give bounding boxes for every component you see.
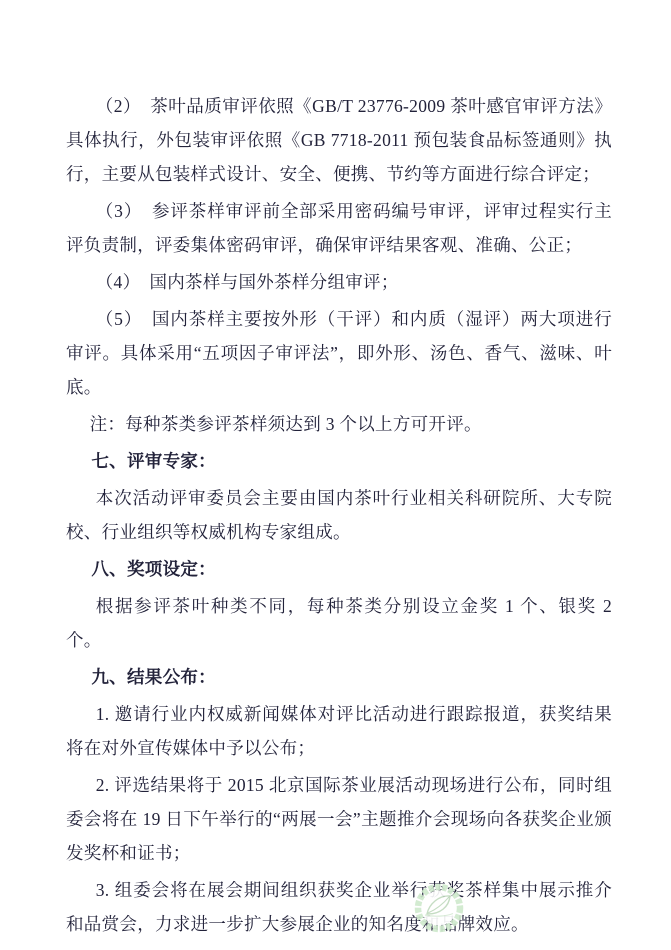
leaf-icon [412, 881, 466, 935]
section-9-item-3: 3. 组委会将在展会期间组织获奖企业举行获奖茶样集中展示推介和品赏会，力求进一步… [66, 873, 612, 941]
section-7-paragraph: 本次活动评审委员会主要由国内茶叶行业相关科研院所、大专院校、行业组织等权威机构专… [66, 481, 612, 549]
clause-3-paragraph: （3） 参评茶样审评前全部采用密码编号审评，评审过程实行主评负责制，评委集体密码… [66, 194, 612, 262]
clause-2-paragraph: （2） 茶叶品质审评依照《GB/T 23776-2009 茶叶感官审评方法》具体… [66, 89, 612, 191]
document-page: （2） 茶叶品质审评依照《GB/T 23776-2009 茶叶感官审评方法》具体… [0, 0, 671, 950]
clause-4-paragraph: （4） 国内茶样与国外茶样分组审评； [66, 265, 612, 299]
section-9-heading: 九、结果公布： [66, 660, 612, 694]
section-7-heading: 七、评审专家： [66, 444, 612, 478]
section-9-item-2: 2. 评选结果将于 2015 北京国际茶业展活动现场进行公布，同时组委会将在 1… [66, 768, 612, 870]
section-8-heading: 八、奖项设定： [66, 552, 612, 586]
leaf-badge-watermark [412, 881, 466, 935]
section-9-item-1: 1. 邀请行业内权威新闻媒体对评比活动进行跟踪报道，获奖结果将在对外宣传媒体中予… [66, 697, 612, 765]
document-body: （2） 茶叶品质审评依照《GB/T 23776-2009 茶叶感官审评方法》具体… [66, 86, 612, 944]
section-8-paragraph: 根据参评茶叶种类不同，每种茶类分别设立金奖 1 个、银奖 2 个。 [66, 589, 612, 657]
note-paragraph: 注：每种茶类参评茶样须达到 3 个以上方可开评。 [66, 407, 612, 441]
clause-5-paragraph: （5） 国内茶样主要按外形（干评）和内质（湿评）两大项进行审评。具体采用“五项因… [66, 302, 612, 404]
